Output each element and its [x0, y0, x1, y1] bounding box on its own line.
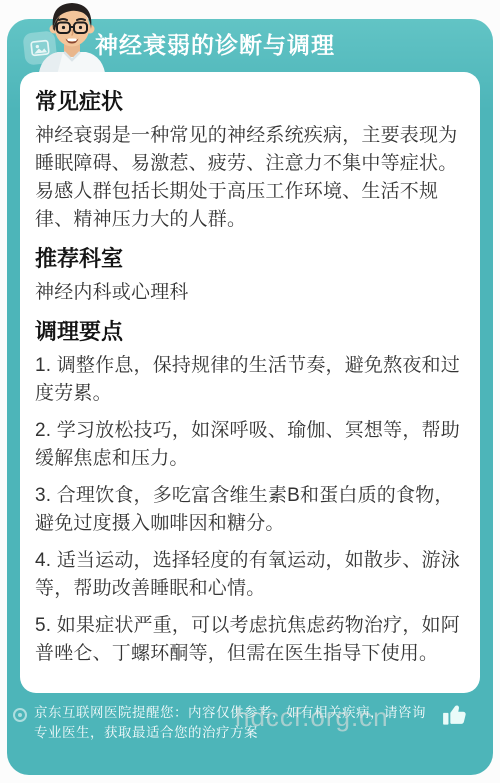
header: 神经衰弱的诊断与调理 — [7, 19, 493, 72]
card-frame: 神经衰弱的诊断与调理 常见症状 神经衰弱是一种常见的神经系统疾病，主要表现为睡眠… — [7, 19, 493, 775]
thumbs-up-icon[interactable] — [441, 701, 469, 729]
care-point-item-2: 2. 学习放松技巧，如深呼吸、瑜伽、冥想等，帮助缓解焦虑和压力。 — [35, 417, 465, 473]
doctor-avatar — [29, 0, 115, 79]
section-heading-symptoms: 常见症状 — [35, 86, 465, 115]
content-card: 常见症状 神经衰弱是一种常见的神经系统疾病，主要表现为睡眠障碍、易激惹、疲劳、注… — [20, 72, 480, 693]
page-title: 神经衰弱的诊断与调理 — [95, 19, 335, 72]
section-heading-department: 推荐科室 — [35, 243, 465, 272]
care-point-item-1: 1. 调整作息，保持规律的生活节奏，避免熬夜和过度劳累。 — [35, 352, 465, 408]
section-heading-care-points: 调理要点 — [35, 316, 465, 345]
care-point-item-5: 5. 如果症状严重，可以考虑抗焦虑药物治疗，如阿普唑仑、丁螺环酮等，但需在医生指… — [35, 612, 465, 668]
care-point-item-4: 4. 适当运动，选择轻度的有氧运动，如散步、游泳等，帮助改善睡眠和心情。 — [35, 547, 465, 603]
footer: 京东互联网医院提醒您：内容仅供参考，如有相关疾病，请咨询专业医生，获取最适合您的… — [7, 693, 493, 775]
disclaimer-text: 京东互联网医院提醒您：内容仅供参考，如有相关疾病，请咨询专业医生，获取最适合您的… — [34, 703, 438, 743]
care-point-item-3: 3. 合理饮食，多吃富含维生素B和蛋白质的食物，避免过度摄入咖啡因和糖分。 — [35, 482, 465, 538]
page: 神经衰弱的诊断与调理 常见症状 神经衰弱是一种常见的神经系统疾病，主要表现为睡眠… — [0, 0, 500, 783]
symptoms-paragraph: 神经衰弱是一种常见的神经系统疾病，主要表现为睡眠障碍、易激惹、疲劳、注意力不集中… — [35, 122, 465, 234]
info-circle-icon — [13, 708, 27, 722]
department-paragraph: 神经内科或心理科 — [35, 279, 465, 307]
